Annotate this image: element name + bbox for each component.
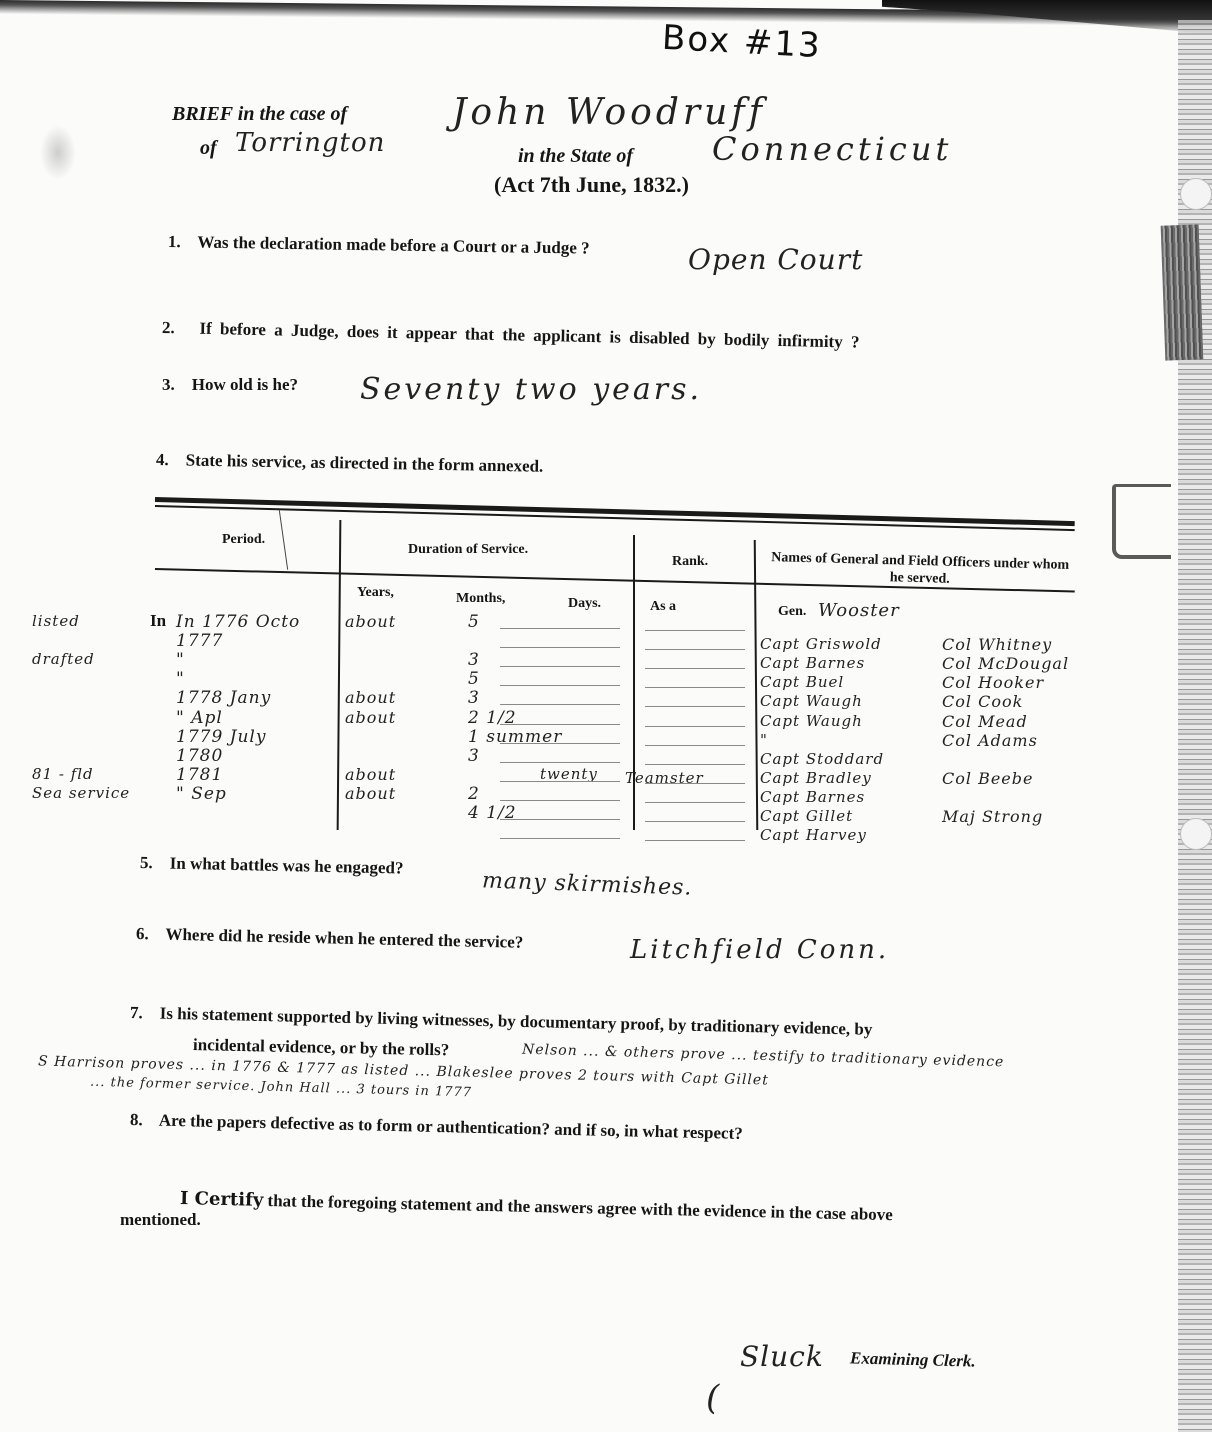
question-text: Is his statement supported by living wit…	[160, 1004, 873, 1039]
header-years: Years,	[357, 585, 394, 601]
ruled-dash	[645, 706, 745, 707]
answer-7-line-1: Nelson ... & others prove ... testify to…	[522, 1042, 1005, 1071]
ruled-dash	[645, 821, 745, 822]
row-period: "	[176, 669, 185, 689]
certification-text: that the foregoing statement and the ans…	[267, 1191, 893, 1224]
ruled-dash	[500, 685, 620, 686]
row-captain: "	[760, 731, 768, 749]
row-period: In 1776 Octo	[176, 612, 300, 632]
row-colonel: Col Adams	[942, 731, 1038, 750]
question-number: 6.	[136, 924, 149, 943]
question-number: 3.	[162, 375, 175, 394]
ruled-dash	[500, 762, 620, 763]
row-colonel: Col Cook	[942, 692, 1023, 711]
torn-edge	[1161, 224, 1204, 360]
question-text: If before a Judge, does it appear that t…	[199, 319, 859, 352]
row-months: 5	[468, 612, 480, 632]
ruled-dash	[645, 668, 745, 669]
row-period: " Apl	[176, 708, 223, 728]
state-label: in the State of	[518, 145, 633, 168]
row-months: 2 1/2	[468, 708, 517, 728]
question-text: Are the papers defective as to form or a…	[159, 1111, 743, 1143]
of-label: of	[200, 137, 217, 160]
ink-mark: (	[706, 1378, 720, 1418]
ruled-dash	[500, 628, 620, 629]
question-1: 1. Was the declaration made before a Cou…	[168, 232, 590, 259]
punch-hole	[1180, 818, 1212, 850]
row-months: 4 1/2	[468, 803, 517, 823]
scan-smudge	[40, 125, 76, 180]
row-note: drafted	[32, 650, 95, 668]
row-months: 3	[468, 746, 480, 766]
document-page: Box #13 BRIEF in the case of John Woodru…	[0, 0, 1212, 1432]
row-captain: Capt Waugh	[760, 712, 863, 730]
question-8: 8. Are the papers defective as to form o…	[130, 1110, 743, 1144]
ruled-dash	[500, 743, 620, 744]
answer-3: Seventy two years.	[360, 372, 702, 407]
question-6: 6. Where did he reside when he entered t…	[136, 924, 524, 953]
ruled-dash	[500, 819, 620, 820]
town-name: Torrington	[235, 128, 385, 158]
row-period: 1781	[176, 765, 223, 785]
question-4: 4. State his service, as directed in the…	[156, 450, 544, 477]
question-text: Was the declaration made before a Court …	[197, 232, 589, 257]
row-period: 1779 July	[176, 727, 266, 747]
question-3: 3. How old is he?	[162, 375, 298, 395]
row-months: 5	[468, 669, 480, 689]
question-number: 4.	[156, 450, 169, 469]
certification-text-cont: mentioned.	[120, 1210, 201, 1230]
title-prefix: BRIEF in the case of	[172, 103, 347, 126]
row-months: 3	[468, 688, 480, 708]
answer-1: Open Court	[688, 243, 863, 276]
ruled-dash	[645, 687, 745, 688]
pencil-mark	[279, 510, 288, 570]
ruled-dash	[645, 764, 745, 765]
question-text: How old is he?	[192, 375, 298, 394]
state-name: Connecticut	[712, 130, 952, 168]
row-years: about	[345, 765, 396, 784]
row-years: about	[345, 784, 396, 803]
row-colonel: Col Beebe	[942, 769, 1033, 788]
ruled-dash	[645, 630, 745, 631]
header-duration: Duration of Service.	[408, 542, 528, 558]
question-7: 7. Is his statement supported by living …	[130, 1003, 873, 1040]
row-period: 1780	[176, 746, 223, 766]
row-years: about	[345, 708, 396, 727]
ruled-dash	[500, 666, 620, 667]
ink-bracket-mark	[1112, 484, 1171, 559]
ruled-dash	[500, 647, 620, 648]
row-note: Sea service	[32, 784, 130, 802]
row-months: 2	[468, 784, 480, 804]
question-text: In what battles was he engaged?	[170, 854, 404, 878]
row-captain: Capt Waugh	[760, 692, 863, 710]
clerk-role: Examining Clerk.	[850, 1348, 976, 1371]
ruled-dash	[500, 800, 620, 801]
row-captain: Capt Buel	[760, 673, 844, 691]
ruled-dash	[645, 745, 745, 746]
punch-hole	[1180, 178, 1212, 210]
row-captain: Capt Barnes	[760, 788, 865, 806]
row-period: 1778 Jany	[176, 688, 271, 708]
question-number: 2.	[162, 318, 175, 337]
answer-6: Litchfield Conn.	[630, 935, 889, 965]
row-rank: Teamster	[625, 769, 704, 787]
applicant-name: John Woodruff	[452, 92, 766, 133]
question-2: 2. If before a Judge, does it appear tha…	[162, 318, 860, 353]
ruled-dash	[645, 726, 745, 727]
row-period: 1777	[176, 631, 223, 651]
clerk-signature: Sluck	[740, 1340, 824, 1373]
row-captain: Capt Bradley	[760, 769, 872, 787]
header-rank: Rank.	[672, 554, 708, 570]
row-note: 81 - fld	[32, 765, 94, 783]
row-captain: Capt Barnes	[760, 654, 865, 672]
table-col-divider	[337, 520, 342, 830]
question-number: 8.	[130, 1110, 143, 1129]
row-note: listed	[32, 612, 80, 630]
ruled-dash	[500, 838, 620, 839]
question-7-cont: incidental evidence, or by the rolls?	[193, 1035, 450, 1060]
row-years: about	[345, 688, 396, 707]
row-years: about	[345, 612, 396, 631]
ruled-dash	[645, 649, 745, 650]
ruled-dash	[645, 840, 745, 841]
row-period: "	[176, 650, 185, 670]
question-5: 5. In what battles was he engaged?	[140, 853, 404, 879]
table-top-rule	[155, 497, 1075, 526]
row-captain: Capt Stoddard	[760, 750, 884, 768]
box-number: Box #13	[661, 18, 823, 66]
header-gen: Gen.	[778, 604, 806, 620]
answer-5: many skirmishes.	[482, 868, 693, 900]
row-colonel: Col Whitney	[942, 635, 1052, 654]
question-text: Where did he reside when he entered the …	[165, 925, 523, 952]
header-as-a: As a	[650, 599, 676, 615]
row-colonel: Col Mead	[942, 712, 1028, 731]
row-captain: Capt Griswold	[760, 635, 882, 653]
ruled-dash	[645, 783, 745, 784]
question-number: 1.	[168, 232, 181, 251]
question-number: 7.	[130, 1003, 143, 1022]
row-months: 3	[468, 650, 480, 670]
question-number: 5.	[140, 853, 153, 872]
period-in-label: In	[150, 611, 166, 631]
general-name: Wooster	[818, 600, 900, 621]
row-captain: Capt Gillet	[760, 807, 853, 825]
header-days: Days.	[568, 596, 601, 612]
row-colonel: Maj Strong	[942, 807, 1043, 826]
question-text: State his service, as directed in the fo…	[186, 451, 544, 476]
row-months: 1 summer	[468, 727, 562, 747]
ruled-dash	[500, 724, 620, 725]
certification-lead: I Certify	[180, 1188, 264, 1211]
header-months: Months,	[456, 591, 505, 607]
ruled-dash	[645, 802, 745, 803]
certification-statement: I Certify that the foregoing statement a…	[180, 1188, 893, 1225]
ruled-dash	[500, 781, 620, 782]
act-date: (Act 7th June, 1832.)	[494, 172, 689, 198]
row-period: " Sep	[176, 784, 227, 804]
header-period: Period.	[222, 532, 265, 548]
row-colonel: Col Hooker	[942, 673, 1044, 692]
row-captain: Capt Harvey	[760, 826, 867, 844]
row-colonel: Col McDougal	[942, 654, 1069, 673]
ruled-dash	[500, 704, 620, 705]
